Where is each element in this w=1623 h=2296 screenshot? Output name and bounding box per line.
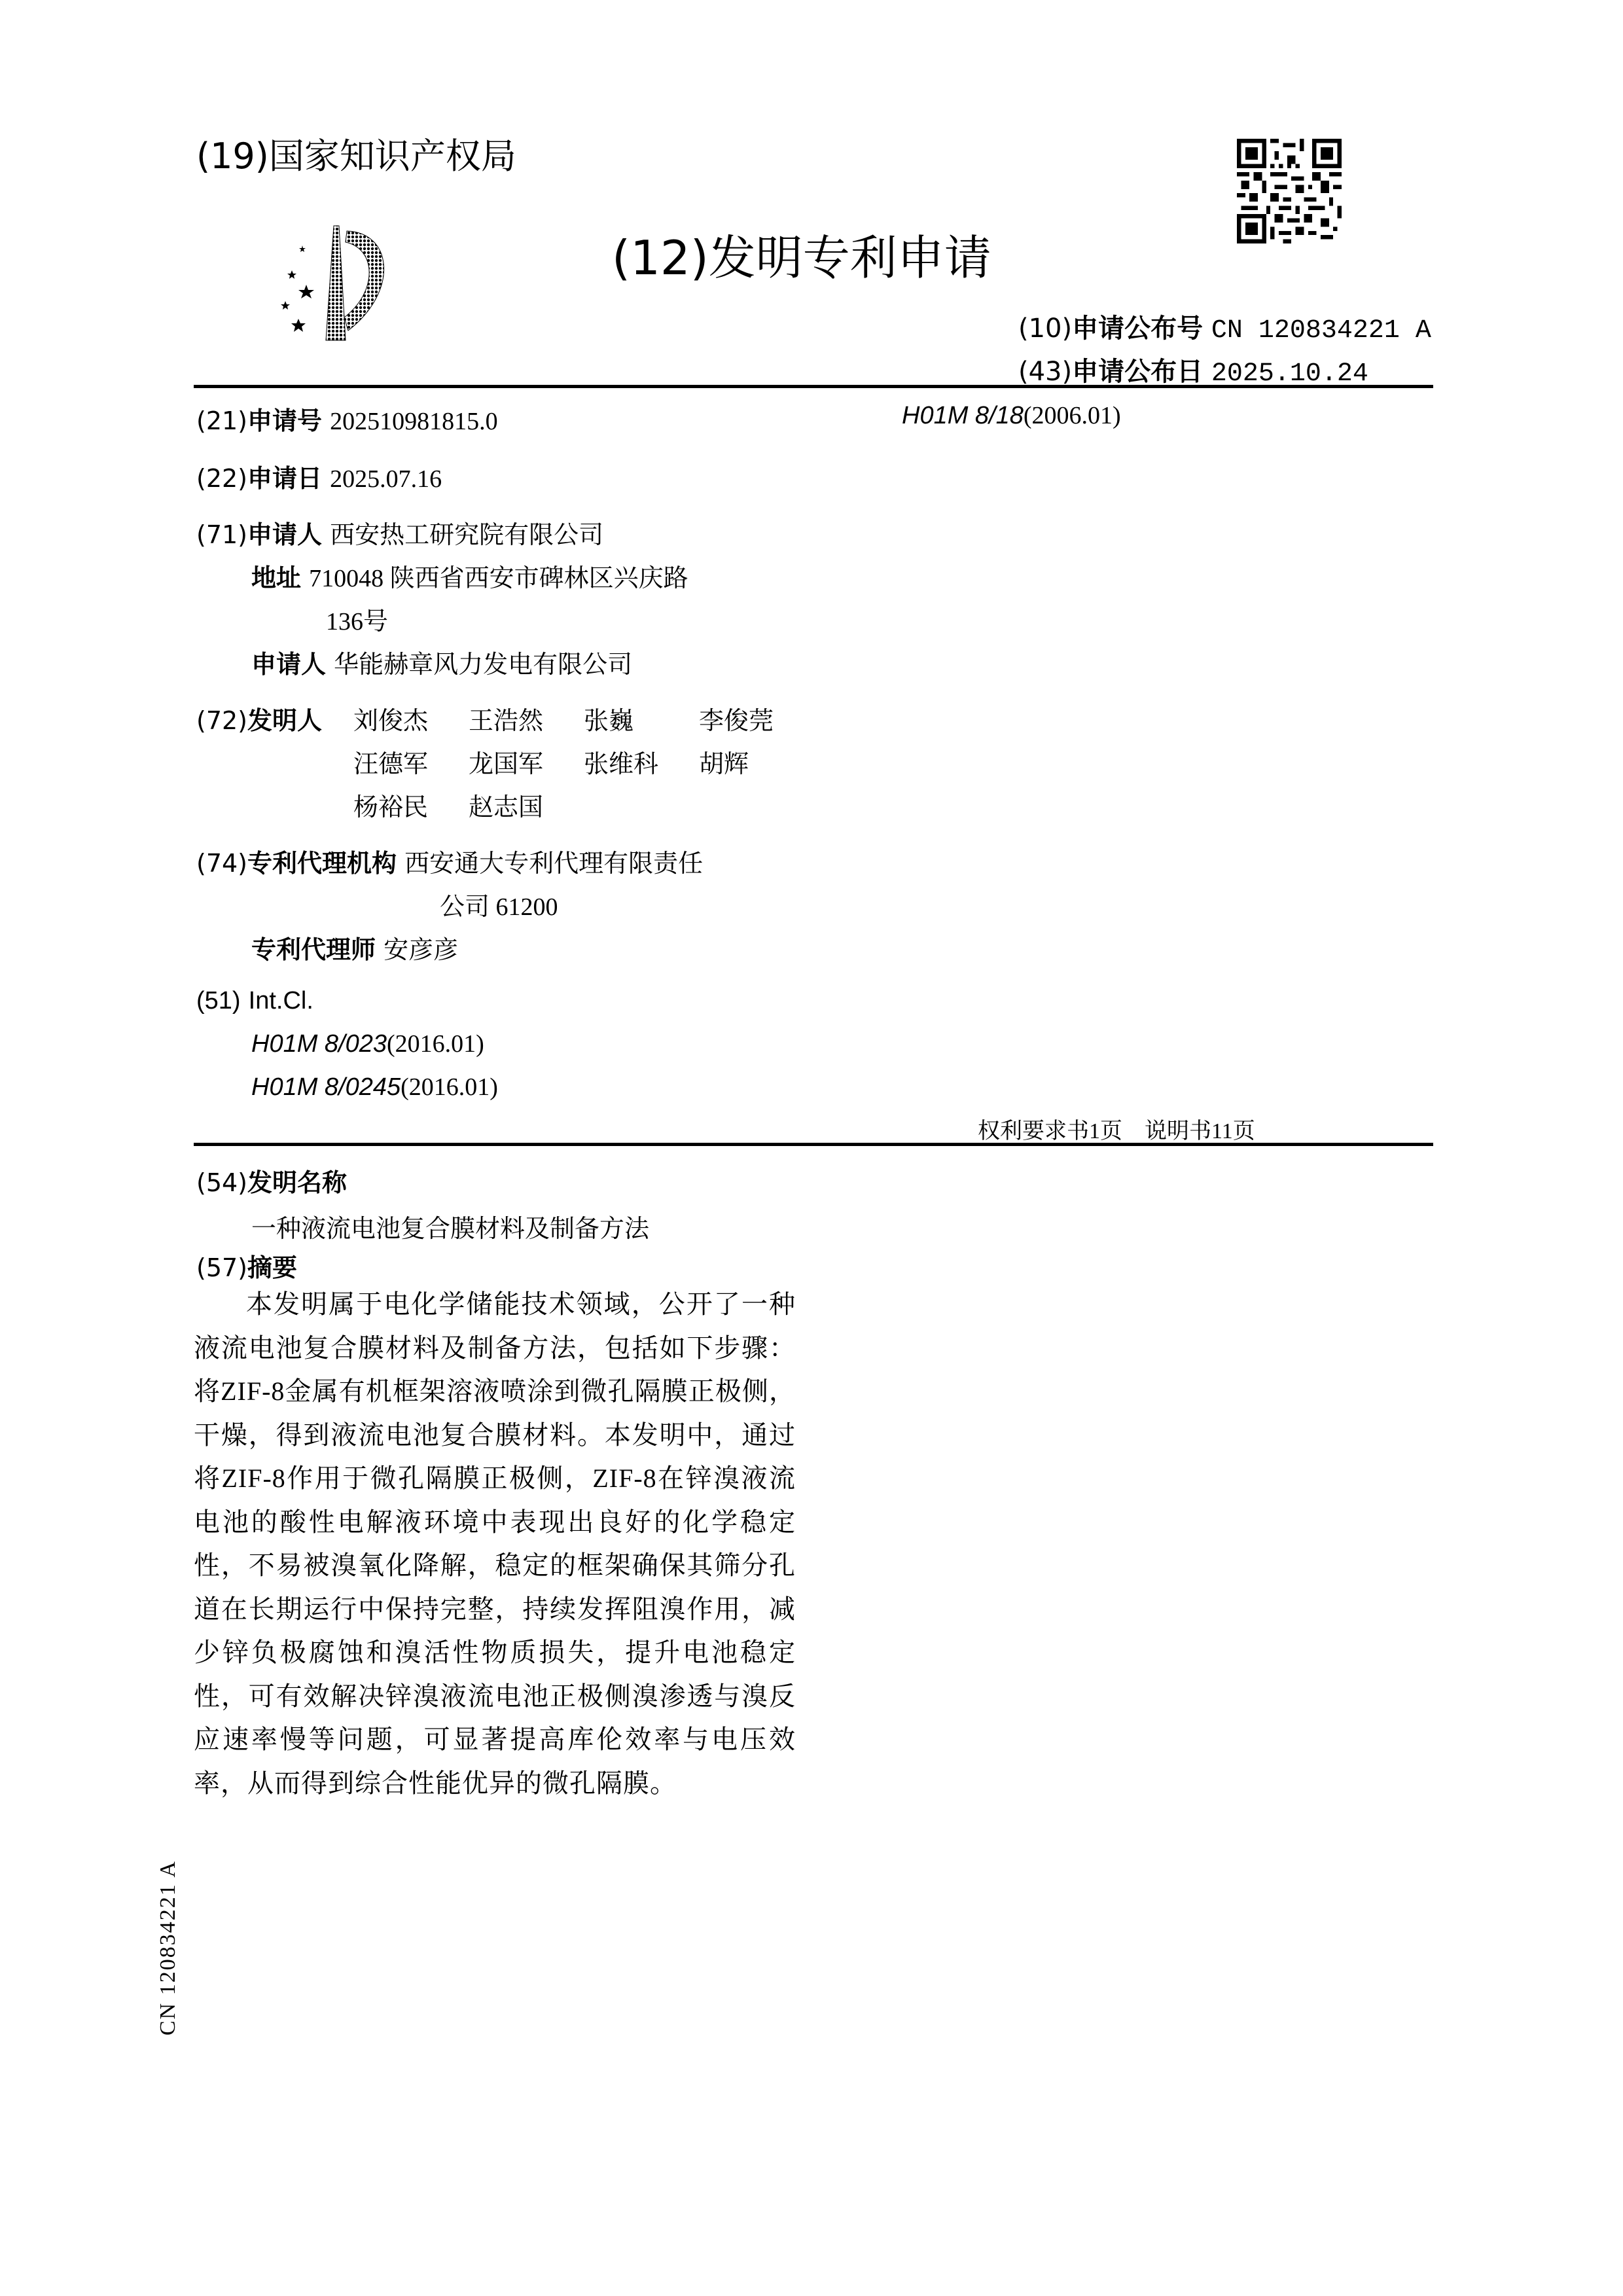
agency-code: (74): [196, 849, 247, 878]
agency-line-1: 西安通大专利代理有限责任: [404, 850, 703, 878]
qr-code-icon: [1237, 139, 1342, 243]
title-code: (54): [196, 1168, 247, 1197]
doc-type-code: (12): [612, 230, 709, 285]
title-heading: (54)发明名称: [196, 1162, 347, 1198]
inventors-row: (72)发明人: [196, 700, 322, 736]
app-no-label: 申请号: [247, 406, 322, 435]
document-type: (12)发明专利申请: [612, 220, 991, 288]
inventor: 杨裕民: [353, 787, 469, 823]
ipc-version: (2016.01): [387, 1030, 484, 1058]
page-count-summary: 权利要求书1页 说明书11页: [978, 1113, 1255, 1145]
doc-type-label: 发明专利申请: [709, 230, 991, 285]
app-date-code: (22): [196, 464, 247, 493]
publication-number: CN 120834221 A: [1211, 316, 1431, 346]
ipc-class: H01M 8/0245: [251, 1073, 401, 1101]
ipc-class: H01M 8/023: [251, 1030, 387, 1058]
abstract-heading: (57)摘要: [196, 1247, 297, 1283]
application-date: 2025.07.16: [330, 465, 442, 493]
address-row: 地址 710048 陕西省西安市碑林区兴庆路: [251, 558, 688, 594]
agency-row: (74)专利代理机构 西安通大专利代理有限责任: [196, 843, 703, 879]
side-publication-number: CN 120834221 A: [156, 1860, 181, 2036]
inventor-label: 发明人: [247, 706, 322, 735]
ipc-version: (2016.01): [401, 1073, 498, 1101]
applicant-code: (71): [196, 520, 247, 549]
inventor: 张维科: [584, 744, 699, 780]
inventor-line-3: 杨裕民赵志国: [353, 787, 584, 823]
inventor: 刘俊杰: [353, 700, 469, 736]
inventor-code: (72): [196, 706, 247, 735]
pub-no-code: (10): [1018, 314, 1072, 344]
cpc-main-class: H01M 8/18: [902, 402, 1024, 429]
inventor-line-1: 刘俊杰王浩然张巍李俊莞: [353, 700, 814, 736]
inventor: 王浩然: [469, 700, 584, 736]
applicant-2-label: 申请人: [251, 650, 326, 679]
ipc-code: (51): [196, 987, 241, 1014]
application-number: 202510981815.0: [330, 408, 498, 435]
application-date-row: (22)申请日 2025.07.16: [196, 458, 442, 494]
agency-line-2: 公司 61200: [440, 886, 558, 922]
inventor: 胡辉: [699, 744, 814, 780]
ipc-entry: H01M 8/023(2016.01): [251, 1029, 484, 1058]
app-no-code: (21): [196, 406, 247, 435]
office-code: (19): [196, 135, 269, 177]
agent-row: 专利代理师 安彦彦: [251, 929, 458, 965]
inventor: 张巍: [584, 700, 699, 736]
ipc-label: Int.Cl.: [249, 987, 313, 1014]
abstract-label: 摘要: [247, 1253, 297, 1282]
address-label: 地址: [251, 564, 301, 592]
applicant-row: (71)申请人 西安热工研究院有限公司: [196, 514, 603, 550]
cpc-main-row: H01M 8/18(2006.01): [902, 401, 1121, 430]
applicant-label: 申请人: [247, 520, 322, 549]
publication-number-row: (10)申请公布号 CN 120834221 A: [1018, 308, 1431, 346]
pub-no-label: 申请公布号: [1072, 314, 1203, 344]
inventor: 李俊莞: [699, 700, 814, 736]
address-line-1: 710048 陕西省西安市碑林区兴庆路: [309, 565, 688, 592]
agent-name: 安彦彦: [383, 937, 458, 964]
inventor: 龙国军: [469, 744, 584, 780]
inventor: 汪德军: [353, 744, 469, 780]
office-header: (19)国家知识产权局: [196, 128, 516, 179]
pub-date-label: 申请公布日: [1072, 357, 1203, 387]
abstract-text: 本发明属于电化学储能技术领域，公开了一种液流电池复合膜材料及制备方法，包括如下步…: [194, 1283, 796, 1805]
inventor-line-2: 汪德军龙国军张维科胡辉: [353, 744, 814, 780]
top-divider: [194, 385, 1433, 388]
ipc-entry: H01M 8/0245(2016.01): [251, 1072, 498, 1102]
office-name: 国家知识产权局: [269, 135, 516, 177]
cnipa-logo-icon: [268, 219, 425, 344]
abstract-code: (57): [196, 1253, 247, 1282]
pub-date-code: (43): [1018, 357, 1072, 387]
address-line-2: 136号: [326, 601, 388, 637]
agent-label: 专利代理师: [251, 935, 376, 964]
application-number-row: (21)申请号 202510981815.0: [196, 401, 498, 437]
title-label: 发明名称: [247, 1168, 347, 1197]
ipc-heading: (51) Int.Cl.: [196, 986, 313, 1015]
cpc-main-version: (2006.01): [1024, 402, 1121, 429]
applicant-1: 西安热工研究院有限公司: [330, 522, 603, 549]
app-date-label: 申请日: [247, 464, 322, 493]
applicant-2-row: 申请人 华能赫章风力发电有限公司: [251, 644, 632, 680]
publication-date-row: (43)申请公布日 2025.10.24: [1018, 351, 1368, 389]
inventor: 赵志国: [469, 787, 584, 823]
invention-title: 一种液流电池复合膜材料及制备方法: [251, 1208, 649, 1244]
middle-divider: [194, 1143, 1433, 1146]
agency-label: 专利代理机构: [247, 849, 397, 878]
applicant-2: 华能赫章风力发电有限公司: [334, 651, 632, 679]
